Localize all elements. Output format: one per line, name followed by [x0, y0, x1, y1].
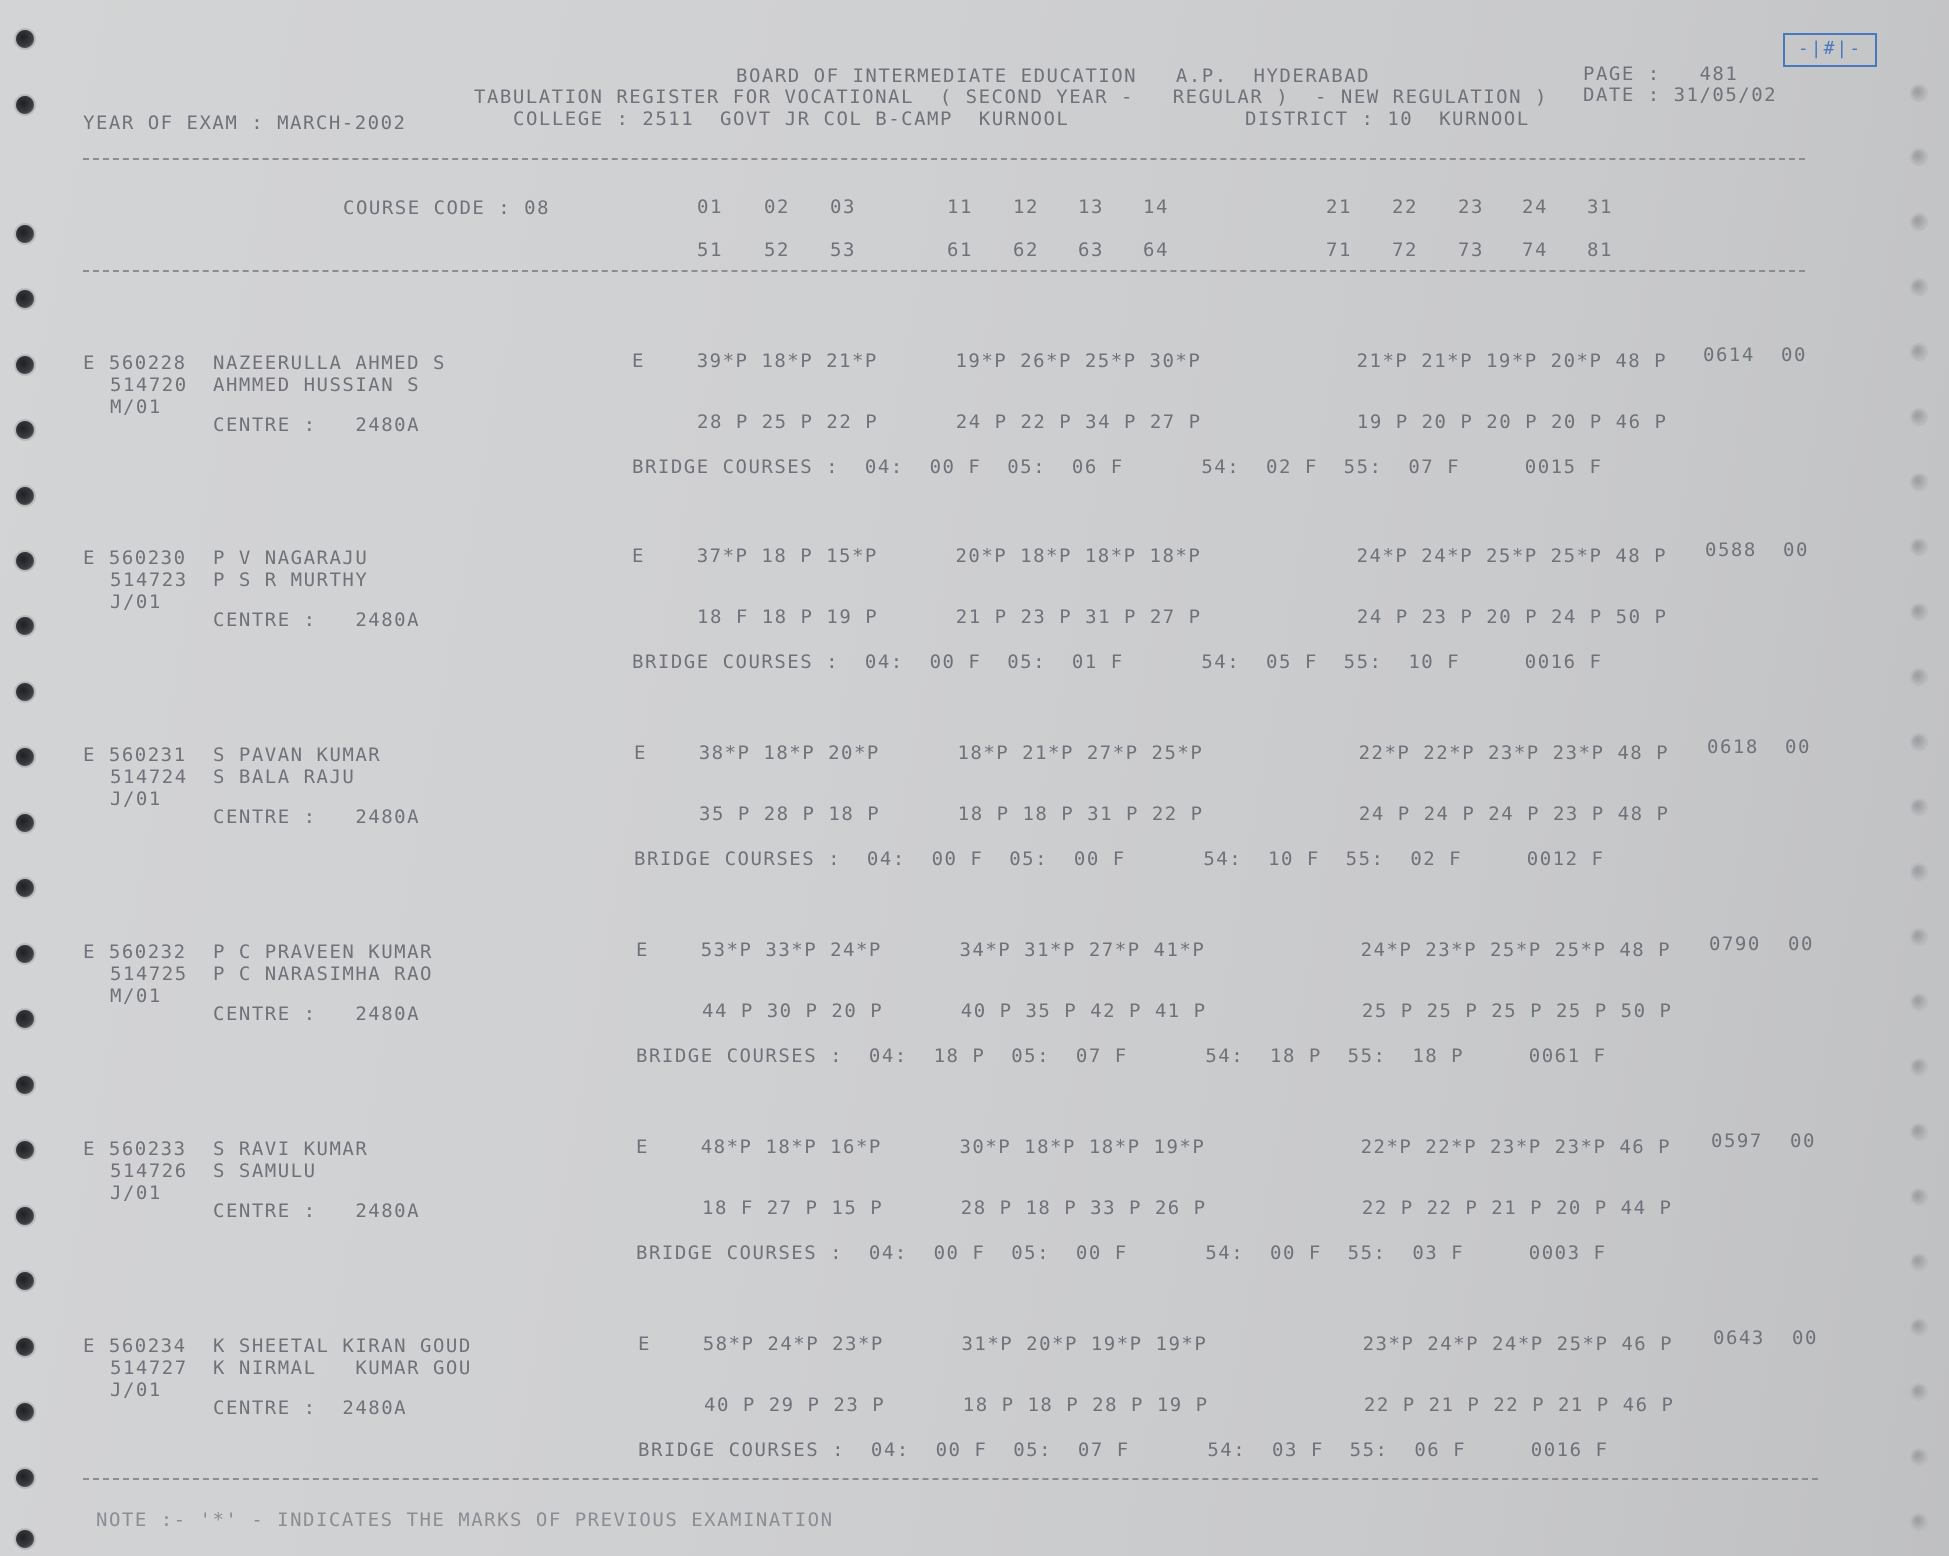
student-record: E 560230 P V NAGARAJU 514723 P S R MURTH…	[0, 545, 1949, 735]
result-code: 00	[1788, 933, 1814, 955]
student-name: S RAVI KUMAR	[213, 1138, 368, 1160]
subject-code: 21	[1326, 196, 1352, 218]
subject-code: 31	[1587, 196, 1613, 218]
subject-code: 81	[1587, 239, 1613, 261]
subject-code: 63	[1078, 239, 1104, 261]
part-marks-line: 18 F 27 P 15 P 28 P 18 P 33 P 26 P 22 P …	[702, 1197, 1672, 1219]
subject-code: 52	[764, 239, 790, 261]
total-marks: 0643	[1713, 1327, 1765, 1349]
subject-code: 13	[1078, 196, 1104, 218]
student-name: NAZEERULLA AHMED S	[213, 352, 446, 374]
roll-number: 514726	[110, 1160, 188, 1182]
punch-hole-icon	[16, 30, 34, 48]
subject-code: 02	[764, 196, 790, 218]
board-title: BOARD OF INTERMEDIATE EDUCATION A.P. HYD…	[736, 65, 1370, 87]
part-marks-line: 35 P 28 P 18 P 18 P 18 P 31 P 22 P 24 P …	[699, 803, 1669, 825]
subject-code: 24	[1522, 196, 1548, 218]
roll-number: 514724	[110, 766, 188, 788]
student-name: K SHEETAL KIRAN GOUD	[213, 1335, 472, 1357]
registration-number: E 560230	[83, 547, 187, 569]
centre-code: CENTRE : 2480A	[213, 1200, 420, 1222]
subject-code: 74	[1522, 239, 1548, 261]
current-marks-line: E 39*P 18*P 21*P 19*P 26*P 25*P 30*P 21*…	[632, 350, 1667, 372]
punch-hole-icon	[16, 96, 34, 114]
centre-code: CENTRE : 2480A	[213, 806, 420, 828]
subject-code: 14	[1143, 196, 1169, 218]
category-code: J/01	[110, 591, 162, 613]
subject-code: 61	[947, 239, 973, 261]
part-marks-line: 28 P 25 P 22 P 24 P 22 P 34 P 27 P 19 P …	[697, 411, 1667, 433]
result-code: 00	[1785, 736, 1811, 758]
registration-number: E 560233	[83, 1138, 187, 1160]
father-name: S SAMULU	[213, 1160, 317, 1182]
category-code: J/01	[110, 1379, 162, 1401]
roll-number: 514727	[110, 1357, 188, 1379]
subject-code: 62	[1013, 239, 1039, 261]
punch-hole-icon	[16, 225, 34, 243]
total-marks: 0588	[1705, 539, 1757, 561]
total-marks: 0618	[1707, 736, 1759, 758]
subject-code: 11	[947, 196, 973, 218]
centre-code: CENTRE : 2480A	[213, 1003, 420, 1025]
registration-number: E 560228	[83, 352, 187, 374]
subject-code: 71	[1326, 239, 1352, 261]
student-record: E 560233 S RAVI KUMAR 514726 S SAMULU J/…	[0, 1136, 1949, 1326]
student-record: E 560232 P C PRAVEEN KUMAR 514725 P C NA…	[0, 939, 1949, 1129]
footer-note: NOTE :- '*' - INDICATES THE MARKS OF PRE…	[96, 1509, 834, 1531]
punch-hole-icon	[1912, 150, 1926, 164]
roll-number: 514723	[110, 569, 188, 591]
divider	[83, 1478, 1818, 1480]
part-marks-line: 40 P 29 P 23 P 18 P 18 P 28 P 19 P 22 P …	[704, 1394, 1674, 1416]
punch-hole-icon	[1912, 280, 1926, 294]
father-name: P S R MURTHY	[213, 569, 368, 591]
centre-code: CENTRE : 2480A	[213, 1397, 407, 1419]
student-record: E 560234 K SHEETAL KIRAN GOUD 514727 K N…	[0, 1333, 1949, 1523]
course-code-label: COURSE CODE : 08	[343, 197, 550, 219]
subject-code: 03	[830, 196, 856, 218]
year-of-exam: YEAR OF EXAM : MARCH-2002	[83, 112, 406, 134]
subject-code: 73	[1458, 239, 1484, 261]
divider	[83, 270, 1805, 272]
subject-code: 22	[1392, 196, 1418, 218]
current-marks-line: E 53*P 33*P 24*P 34*P 31*P 27*P 41*P 24*…	[636, 939, 1671, 961]
student-record: E 560231 S PAVAN KUMAR 514724 S BALA RAJ…	[0, 742, 1949, 932]
subject-code: 23	[1458, 196, 1484, 218]
roll-number: 514725	[110, 963, 188, 985]
father-name: S BALA RAJU	[213, 766, 355, 788]
register-title: TABULATION REGISTER FOR VOCATIONAL ( SEC…	[474, 86, 1548, 108]
total-marks: 0790	[1709, 933, 1761, 955]
current-marks-line: E 58*P 24*P 23*P 31*P 20*P 19*P 19*P 23*…	[638, 1333, 1673, 1355]
bridge-courses-line: BRIDGE COURSES : 04: 00 F 05: 00 F 54: 1…	[634, 848, 1604, 870]
subject-code: 01	[697, 196, 723, 218]
student-record: E 560228 NAZEERULLA AHMED S 514720 AHMME…	[0, 350, 1949, 540]
page-number: PAGE : 481	[1583, 63, 1738, 85]
punch-hole-icon	[1912, 86, 1926, 100]
current-marks-line: E 38*P 18*P 20*P 18*P 21*P 27*P 25*P 22*…	[634, 742, 1669, 764]
student-name: P V NAGARAJU	[213, 547, 368, 569]
category-code: M/01	[110, 396, 162, 418]
subject-code: 53	[830, 239, 856, 261]
total-marks: 0614	[1703, 344, 1755, 366]
college-info: COLLEGE : 2511 GOVT JR COL B-CAMP KURNOO…	[513, 108, 1069, 130]
centre-code: CENTRE : 2480A	[213, 609, 420, 631]
father-name: P C NARASIMHA RAO	[213, 963, 433, 985]
part-marks-line: 44 P 30 P 20 P 40 P 35 P 42 P 41 P 25 P …	[702, 1000, 1672, 1022]
district-info: DISTRICT : 10 KURNOOL	[1245, 108, 1530, 130]
bridge-courses-line: BRIDGE COURSES : 04: 00 F 05: 00 F 54: 0…	[636, 1242, 1606, 1264]
registration-number: E 560232	[83, 941, 187, 963]
student-name: S PAVAN KUMAR	[213, 744, 381, 766]
bridge-courses-line: BRIDGE COURSES : 04: 00 F 05: 06 F 54: 0…	[632, 456, 1602, 478]
result-code: 00	[1781, 344, 1807, 366]
father-name: AHMMED HUSSIAN S	[213, 374, 420, 396]
registration-number: E 560231	[83, 744, 187, 766]
subject-code: 64	[1143, 239, 1169, 261]
centre-code: CENTRE : 2480A	[213, 414, 420, 436]
total-marks: 0597	[1711, 1130, 1763, 1152]
category-code: J/01	[110, 788, 162, 810]
student-name: P C PRAVEEN KUMAR	[213, 941, 433, 963]
category-code: J/01	[110, 1182, 162, 1204]
current-marks-line: E 48*P 18*P 16*P 30*P 18*P 18*P 19*P 22*…	[636, 1136, 1671, 1158]
registration-number: E 560234	[83, 1335, 187, 1357]
punch-hole-icon	[16, 290, 34, 308]
subject-code: 51	[697, 239, 723, 261]
bridge-courses-line: BRIDGE COURSES : 04: 18 P 05: 07 F 54: 1…	[636, 1045, 1606, 1067]
result-code: 00	[1790, 1130, 1816, 1152]
father-name: K NIRMAL KUMAR GOU	[213, 1357, 472, 1379]
current-marks-line: E 37*P 18 P 15*P 20*P 18*P 18*P 18*P 24*…	[632, 545, 1667, 567]
category-code: M/01	[110, 985, 162, 1007]
print-date: DATE : 31/05/02	[1583, 84, 1777, 106]
punch-hole-icon	[16, 1530, 34, 1548]
subject-code: 12	[1013, 196, 1039, 218]
stamp-logo: -|#|-	[1783, 33, 1877, 67]
tabulation-register-sheet: -|#|- BOARD OF INTERMEDIATE EDUCATION A.…	[0, 0, 1949, 1556]
subject-code: 72	[1392, 239, 1418, 261]
punch-hole-icon	[1912, 215, 1926, 229]
bridge-courses-line: BRIDGE COURSES : 04: 00 F 05: 01 F 54: 0…	[632, 651, 1602, 673]
result-code: 00	[1792, 1327, 1818, 1349]
bridge-courses-line: BRIDGE COURSES : 04: 00 F 05: 07 F 54: 0…	[638, 1439, 1608, 1461]
divider	[83, 158, 1805, 160]
result-code: 00	[1783, 539, 1809, 561]
part-marks-line: 18 F 18 P 19 P 21 P 23 P 31 P 27 P 24 P …	[697, 606, 1667, 628]
roll-number: 514720	[110, 374, 188, 396]
